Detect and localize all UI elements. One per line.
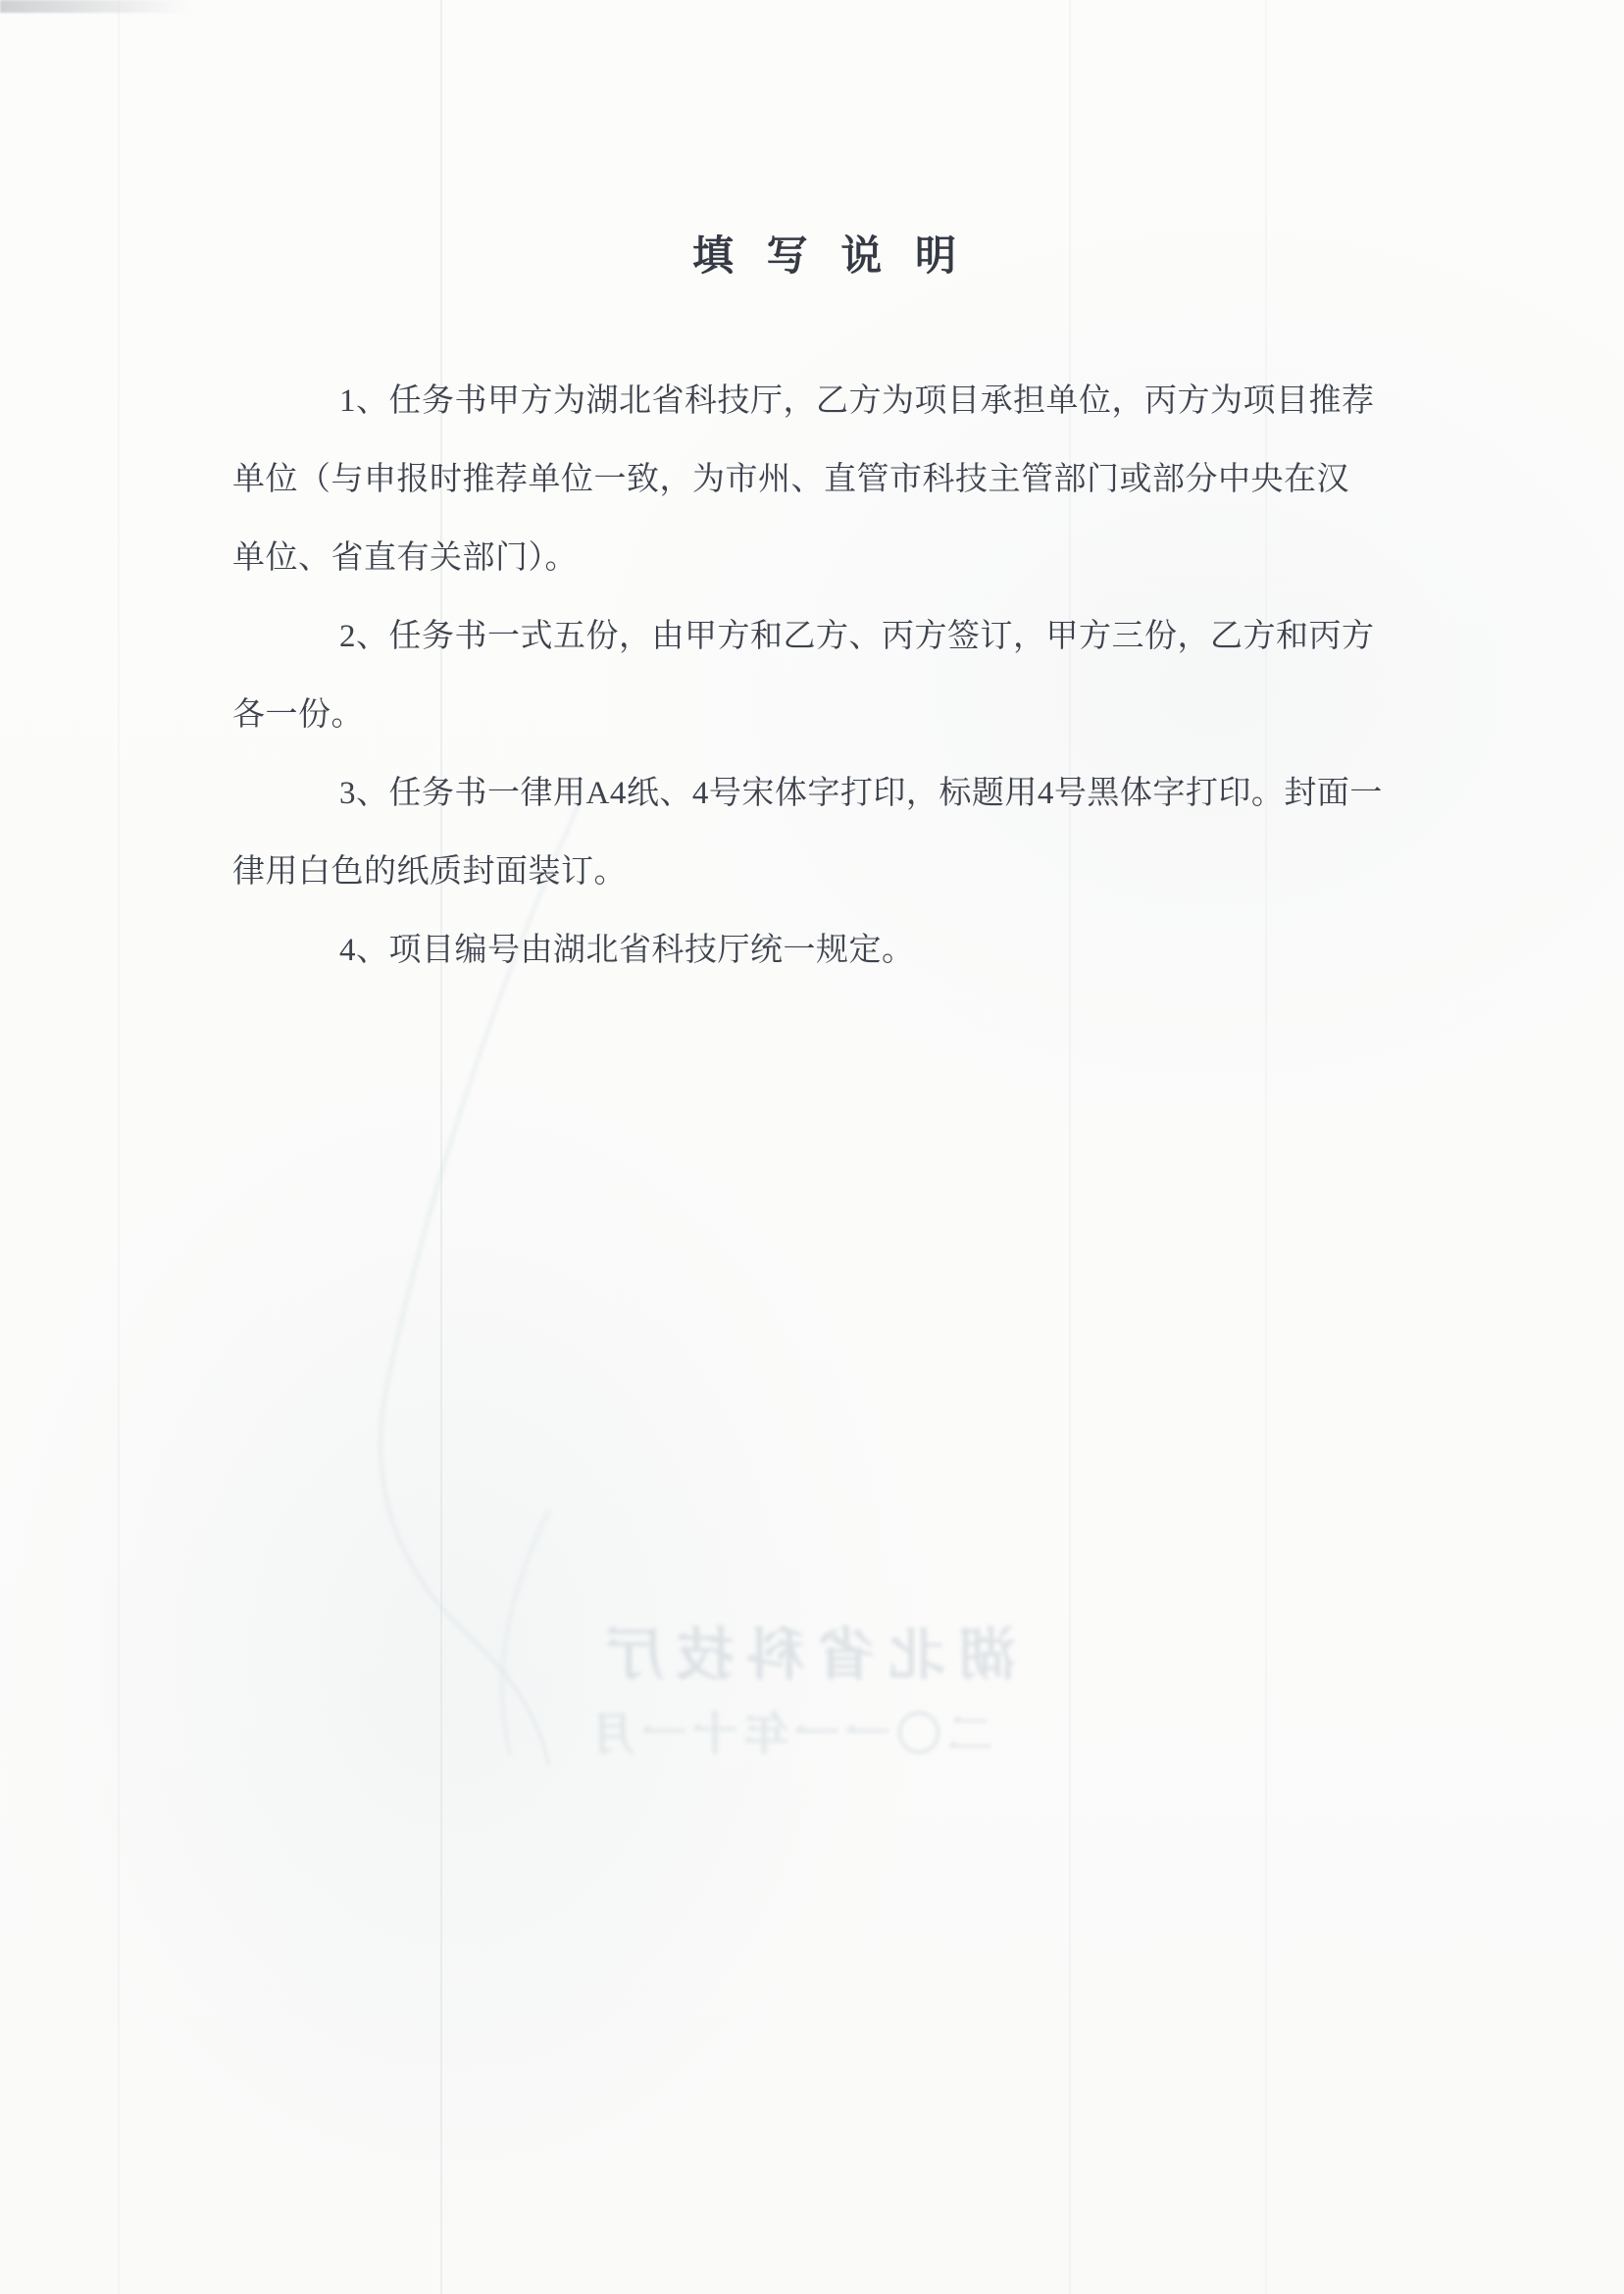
- body-line: 2、任务书一式五份，由甲方和乙方、丙方签订，甲方三份，乙方和丙方: [232, 597, 1350, 676]
- scanner-streak: [440, 0, 442, 2294]
- body-line: 单位、省直有关部门）。: [232, 519, 1350, 597]
- body-line: 单位（与申报时推荐单位一致，为市州、直管市科技主管部门或部分中央在汉: [232, 440, 1350, 519]
- body-line: 律用白色的纸质封面装订。: [232, 833, 1350, 911]
- body-line: 各一份。: [232, 676, 1350, 754]
- scanner-streak: [1265, 0, 1267, 2294]
- page-title: 填 写 说 明: [692, 231, 967, 280]
- bleedthrough-ghost-title: 湖北省科技厅: [586, 1608, 1022, 1691]
- scanner-streak: [1069, 0, 1071, 2294]
- scanned-document-page: 填 写 说 明 1、任务书甲方为湖北省科技厅，乙方为项目承担单位，丙方为项目推荐…: [0, 0, 1624, 2294]
- body-line: 4、项目编号由湖北省科技厅统一规定。: [232, 911, 1350, 990]
- scan-edge-smudge: [0, 0, 191, 13]
- body-line: 3、任务书一律用A4纸、4号宋体字打印，标题用4号黑体字打印。封面一: [232, 754, 1350, 833]
- bleedthrough-ghost-date: 二〇一一年十一月: [628, 1699, 992, 1763]
- instructions-text: 1、任务书甲方为湖北省科技厅，乙方为项目承担单位，丙方为项目推荐单位（与申报时推…: [232, 362, 1350, 990]
- scanner-streak: [118, 0, 120, 2294]
- body-line: 1、任务书甲方为湖北省科技厅，乙方为项目承担单位，丙方为项目推荐: [232, 362, 1350, 440]
- paper-crease-mark: [0, 0, 1624, 2294]
